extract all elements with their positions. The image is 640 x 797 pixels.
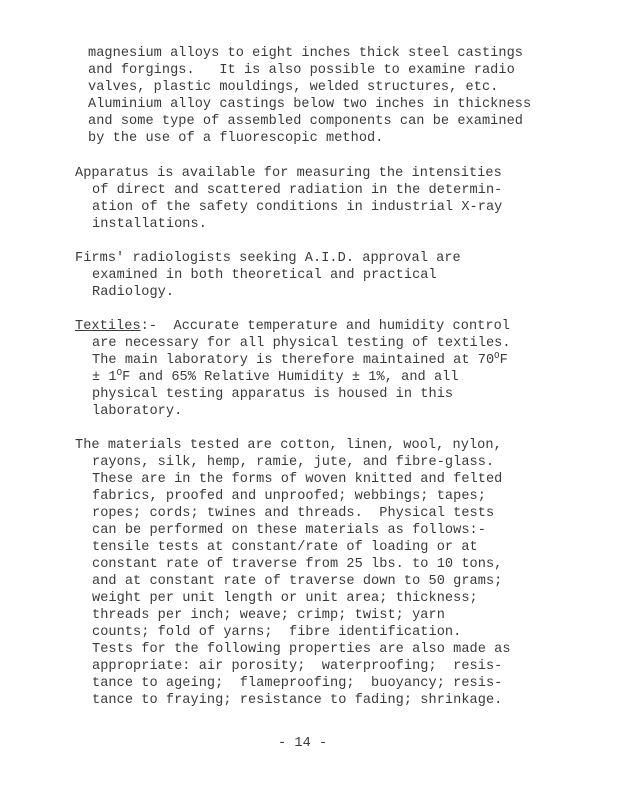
text-line: Apparatus is available for measuring the… (75, 166, 502, 182)
text-line: tance to fraying; resistance to fading; … (92, 693, 502, 709)
text-line: Tests for the following properties are a… (92, 642, 511, 658)
text-line: valves, plastic mouldings, welded struct… (88, 80, 498, 96)
text-line: Textiles:- Accurate temperature and humi… (75, 319, 510, 335)
text-span: ± 1 (92, 370, 117, 385)
text-line: The main laboratory is therefore maintai… (92, 353, 508, 369)
text-line: and at constant rate of traverse down to… (92, 574, 502, 590)
text-line: rayons, silk, hemp, ramie, jute, and fib… (92, 455, 494, 471)
text-line: and some type of assembled components ca… (88, 114, 523, 130)
text-line: constant rate of traverse from 25 lbs. t… (92, 557, 502, 573)
text-line: physical testing apparatus is housed in … (92, 387, 453, 403)
document-page: magnesium alloys to eight inches thick s… (0, 0, 640, 797)
text-span: F (500, 353, 508, 368)
text-line: Aluminium alloy castings below two inche… (88, 97, 531, 113)
text-line: examined in both theoretical and practic… (92, 268, 437, 284)
text-line: tance to ageing; flameproofing; buoyancy… (92, 676, 502, 692)
text-line: These are in the forms of woven knitted … (92, 472, 502, 488)
text-line: fabrics, proofed and unproofed; webbings… (92, 489, 486, 505)
text-line: Radiology. (92, 285, 174, 301)
text-line: ation of the safety conditions in indust… (92, 200, 502, 216)
text-line: ± 1OF and 65% Relative Humidity ± 1%, an… (92, 370, 459, 386)
text-line: magnesium alloys to eight inches thick s… (88, 46, 523, 62)
page-number: - 14 - (278, 736, 327, 751)
text-line: are necessary for all physical testing o… (92, 336, 511, 352)
text-line: and forgings. It is also possible to exa… (88, 63, 515, 79)
text-line: weight per unit length or unit area; thi… (92, 591, 478, 607)
text-line: by the use of a fluorescopic method. (88, 131, 383, 147)
text-line: appropriate: air porosity; waterproofing… (92, 659, 502, 675)
text-span: F and 65% Relative Humidity ± 1%, and al… (122, 370, 459, 385)
text-line: counts; fold of yarns; fibre identificat… (92, 625, 461, 641)
text-line: of direct and scattered radiation in the… (92, 183, 502, 199)
text-line: tensile tests at constant/rate of loadin… (92, 540, 478, 556)
text-line: laboratory. (92, 404, 182, 420)
section-heading-textiles: Textiles (75, 319, 141, 334)
text-line: installations. (92, 217, 207, 233)
text-line: can be performed on these materials as f… (92, 523, 486, 539)
text-line: Firms' radiologists seeking A.I.D. appro… (75, 251, 461, 267)
text-line: ropes; cords; twines and threads. Physic… (92, 506, 494, 522)
text-span: The main laboratory is therefore maintai… (92, 353, 494, 368)
text-line: threads per inch; weave; crimp; twist; y… (92, 608, 445, 624)
text-span: :- Accurate temperature and humidity con… (141, 319, 510, 334)
text-line: The materials tested are cotton, linen, … (75, 438, 502, 454)
